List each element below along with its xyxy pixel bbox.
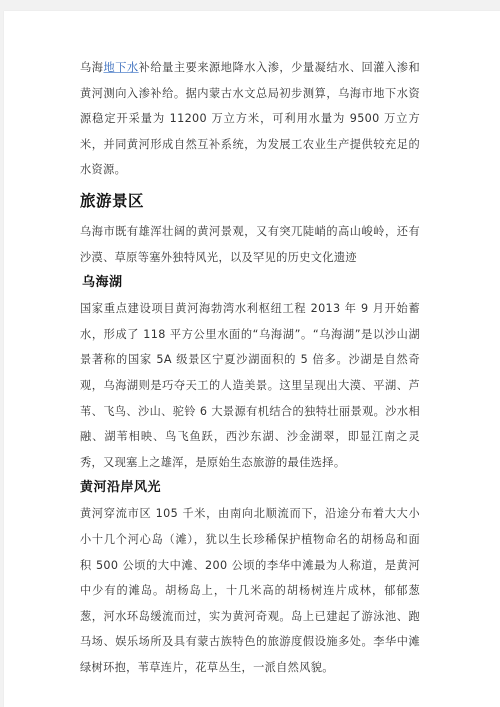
section-title-wuhai-lake: 乌海湖 xyxy=(80,272,420,294)
wuhai-lake-paragraph: 国家重点建设项目黄河海勃湾水利枢纽工程 2013 年 9 月开始蓄水，形成了 1… xyxy=(80,296,420,475)
yellow-river-paragraph: 黄河穿流市区 105 千米，由南向北顺流而下，沿途分布着大大小小十几个河心岛（滩… xyxy=(80,501,420,680)
tourism-paragraph: 乌海市既有雄浑壮阔的黄河景观，又有突兀陡峭的高山峻岭，还有沙漠、草原等塞外独特风… xyxy=(80,219,420,270)
document-content: 乌海地下水补给量主要来源地降水入渗，少量凝结水、回灌入渗和黄河测向入渗补给。据内… xyxy=(80,55,420,680)
section-title-tourism: 旅游景区 xyxy=(80,189,420,213)
intro-paragraph: 乌海地下水补给量主要来源地降水入渗，少量凝结水、回灌入渗和黄河测向入渗补给。据内… xyxy=(80,55,420,183)
document-page: 乌海地下水补给量主要来源地降水入渗，少量凝结水、回灌入渗和黄河测向入渗补给。据内… xyxy=(4,11,500,707)
groundwater-link[interactable]: 地下水 xyxy=(103,61,138,74)
intro-prefix: 乌海 xyxy=(80,61,103,74)
intro-suffix: 补给量主要来源地降水入渗，少量凝结水、回灌入渗和黄河测向入渗补给。据内蒙古水文总… xyxy=(80,61,420,176)
section-title-yellow-river: 黄河沿岸风光 xyxy=(80,477,420,499)
